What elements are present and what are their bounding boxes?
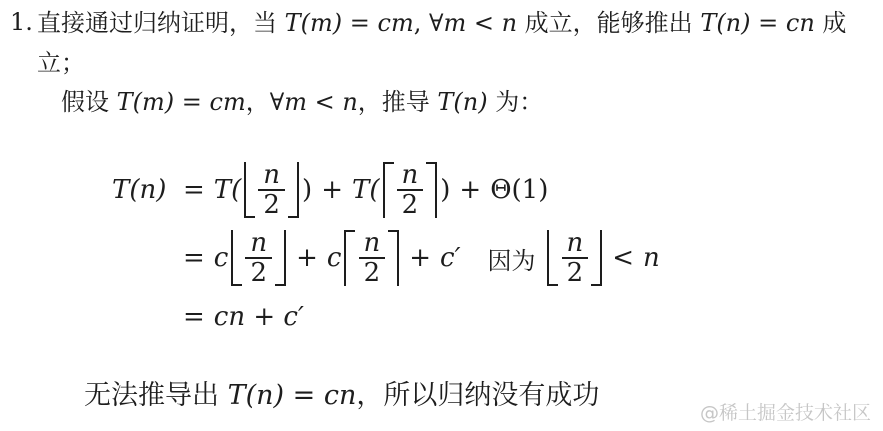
- equation-line-3: = cn + c′: [183, 299, 305, 335]
- close-paren: ): [440, 175, 450, 205]
- equals-sign: =: [183, 175, 205, 205]
- fraction-numerator: n: [245, 229, 272, 257]
- fraction-n-over-2: n2: [358, 229, 385, 287]
- equals-sign: =: [183, 243, 205, 273]
- fraction-n-over-2: n2: [245, 229, 272, 287]
- watermark: @稀土掘金技术社区: [700, 398, 871, 425]
- assumption-line: 假设 T(m) = cm，∀m < n，推导 T(n) 为：: [61, 87, 543, 118]
- lceil-bracket: [383, 162, 394, 218]
- math-text: T(m) = cm: [285, 9, 414, 37]
- cjk-text: ，: [246, 88, 270, 116]
- fraction-n-over-2: n2: [397, 161, 424, 219]
- rfloor-bracket: [288, 162, 299, 218]
- math-text: ∀m < n: [429, 9, 517, 37]
- fraction-denominator: 2: [245, 257, 272, 287]
- fraction-numerator: n: [561, 229, 588, 257]
- equation-line-1: T(n) = T( n2 ) + T( n2 ) + Θ(1): [112, 158, 549, 222]
- fraction-numerator: n: [358, 229, 385, 257]
- plus-sign: +: [459, 175, 481, 205]
- close-paren: ): [302, 175, 312, 205]
- fraction-denominator: 2: [258, 189, 285, 219]
- rceil-bracket: [388, 230, 399, 286]
- cjk-text: 成: [815, 9, 847, 37]
- result-term: cn + c′: [214, 302, 304, 332]
- plus-sign: +: [321, 175, 343, 205]
- list-item-line1: 直接通过归纳证明，当 T(m) = cm, ∀m < n 成立，能够推出 T(n…: [37, 8, 846, 39]
- math-text: T(m) = cm: [117, 88, 246, 116]
- cjk-text: 为：: [488, 88, 544, 116]
- document-page: 1. 直接通过归纳证明，当 T(m) = cm, ∀m < n 成立，能够推出 …: [0, 0, 883, 431]
- lfloor-bracket: [547, 230, 558, 286]
- list-item-number: 1.: [10, 8, 33, 36]
- coefficient-c: c: [327, 243, 342, 273]
- fraction-denominator: 2: [359, 257, 386, 287]
- math-text: T(n): [437, 88, 487, 116]
- plus-sign: +: [409, 243, 431, 273]
- less-than-sign: <: [612, 243, 634, 273]
- fraction-n-over-2: n2: [561, 229, 588, 287]
- fraction-numerator: n: [258, 161, 285, 189]
- lfloor-bracket: [231, 230, 242, 286]
- eq1-lhs: T(n): [112, 175, 175, 205]
- c-prime-term: c′: [440, 243, 460, 273]
- cjk-text: ，所以归纳没有成功: [356, 380, 599, 411]
- coefficient-c: c: [214, 243, 229, 273]
- rceil-bracket: [426, 162, 437, 218]
- term-T-open: T(: [352, 175, 380, 205]
- fraction-n-over-2: n2: [258, 161, 285, 219]
- theta-term: Θ(1): [490, 175, 548, 205]
- fraction-numerator: n: [397, 161, 424, 189]
- plus-sign: +: [296, 243, 318, 273]
- math-text: ∀m < n: [270, 88, 358, 116]
- fraction-denominator: 2: [397, 189, 424, 219]
- math-text: T(n) = cn: [700, 9, 814, 37]
- cjk-text: 成立，能够推出: [517, 9, 700, 37]
- rfloor-bracket: [275, 230, 286, 286]
- rfloor-bracket: [591, 230, 602, 286]
- variable-n: n: [643, 243, 660, 273]
- lfloor-bracket: [244, 162, 255, 218]
- cjk-text: 无法推导出: [84, 380, 228, 411]
- fraction-denominator: 2: [562, 257, 589, 287]
- lceil-bracket: [344, 230, 355, 286]
- cjk-text: 直接通过归纳证明，当: [37, 9, 285, 37]
- list-item-line2: 立；: [37, 48, 85, 79]
- cjk-text: ,: [414, 9, 429, 37]
- conclusion-line: 无法推导出 T(n) = cn，所以归纳没有成功: [84, 378, 599, 413]
- because-label: 因为: [487, 241, 535, 276]
- cjk-text: ，推导: [358, 88, 438, 116]
- equals-sign: =: [183, 302, 205, 332]
- cjk-text: 假设: [61, 88, 117, 116]
- math-text: T(n) = cn: [228, 380, 357, 411]
- term-T-open: T(: [214, 175, 242, 205]
- equation-line-2: = c n2 + c n2 + c′ 因为 n2 < n: [183, 226, 661, 290]
